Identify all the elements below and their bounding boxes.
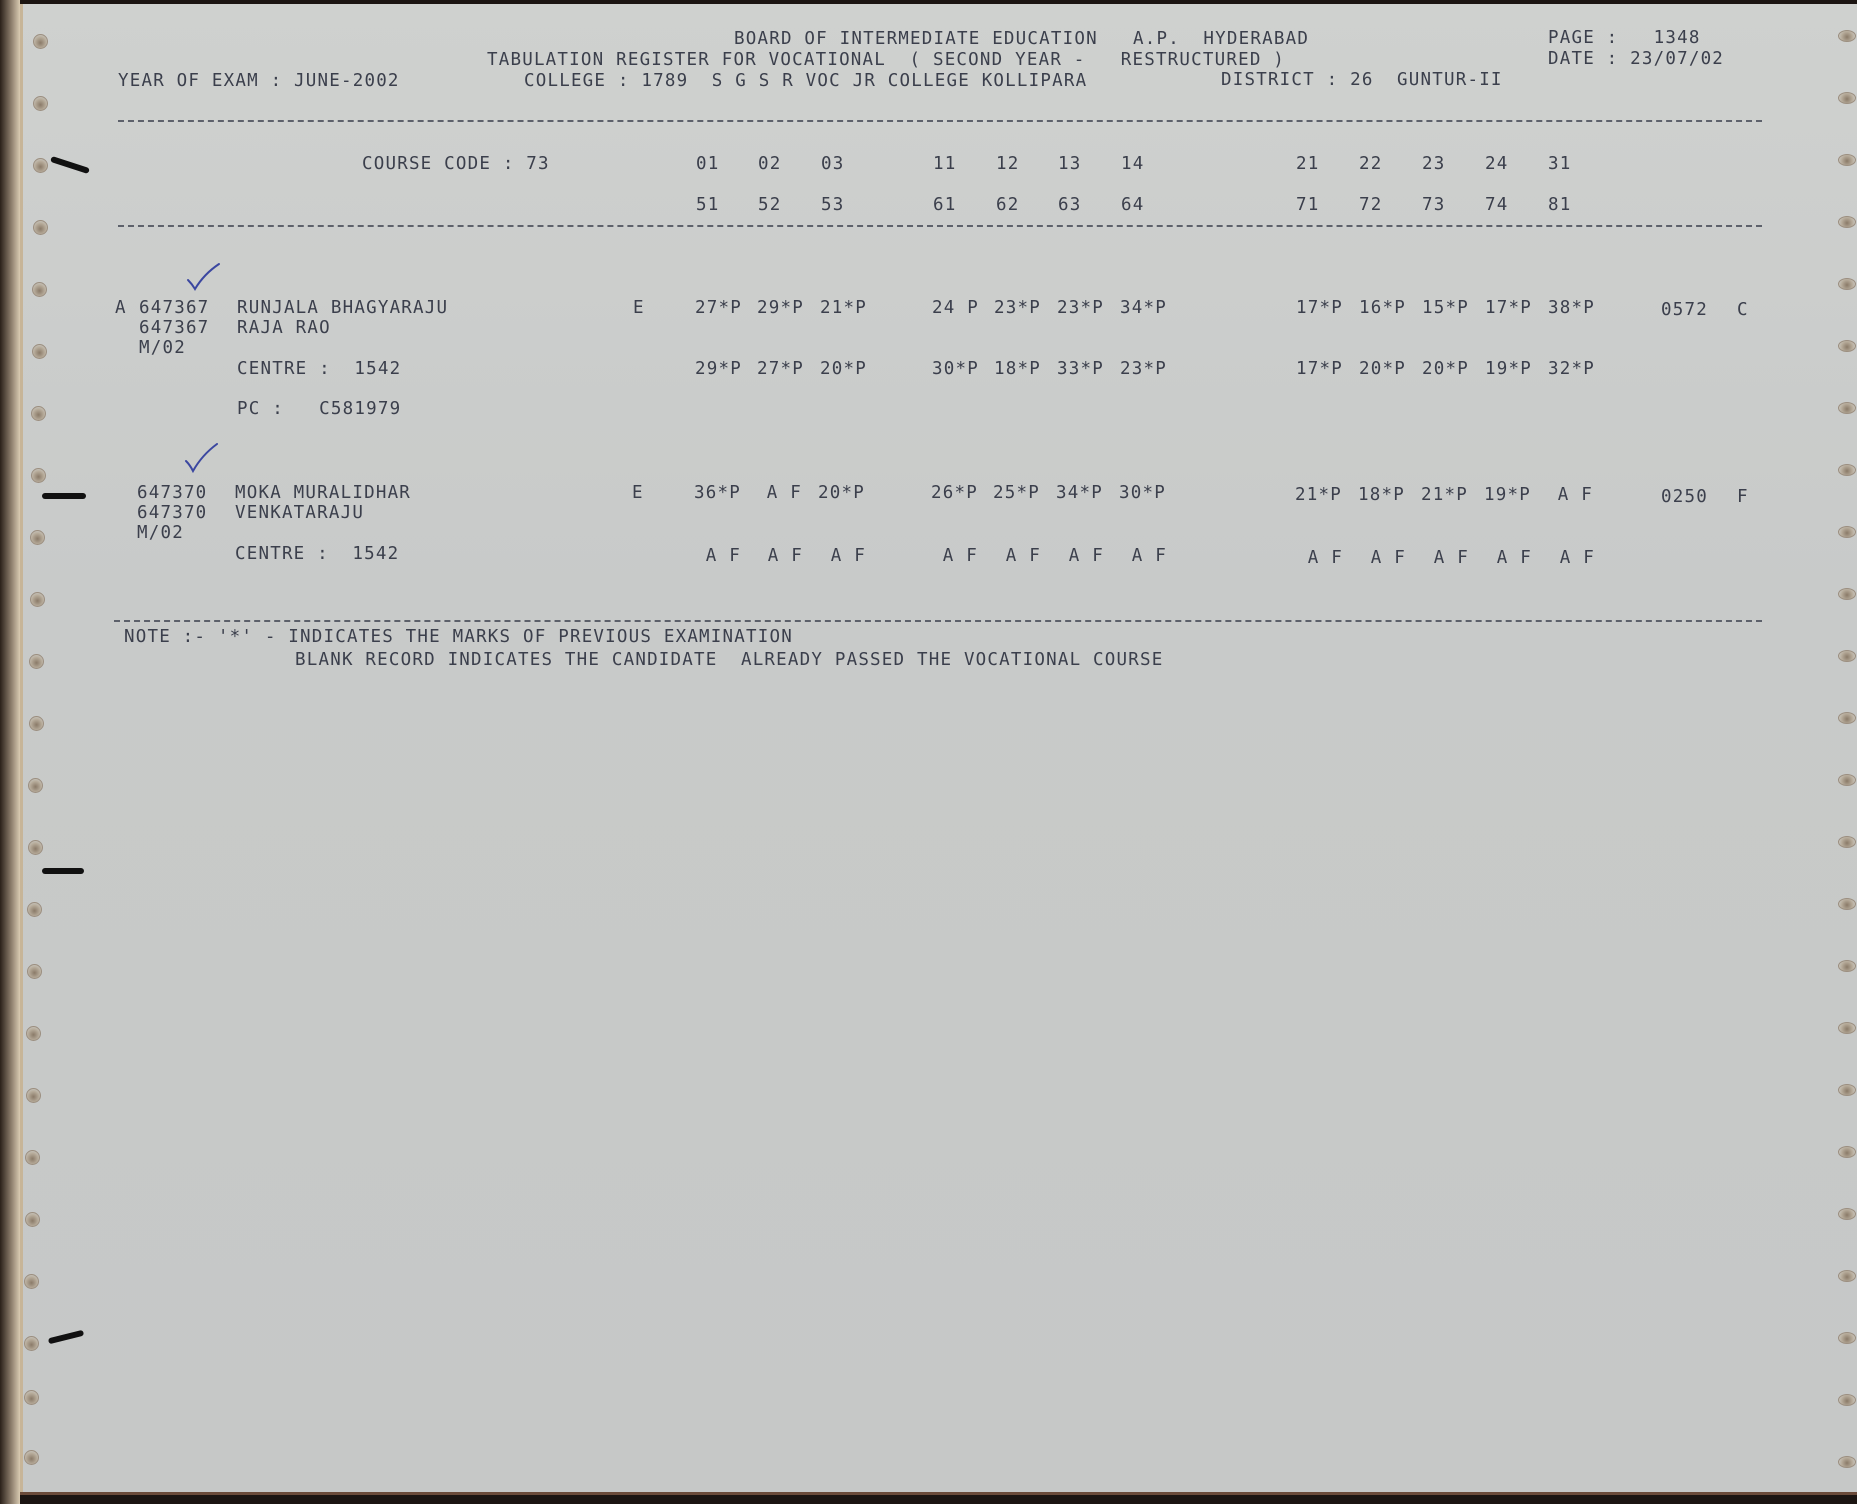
result-grade: F (1737, 487, 1749, 507)
page-margin-line (20, 4, 23, 1492)
binding-tie-icon (50, 156, 90, 174)
record-flag: A (115, 298, 127, 318)
mark: 21*P (1421, 485, 1468, 505)
tractor-hole-icon (1838, 92, 1856, 104)
binding-hole-icon (27, 902, 42, 917)
subject-code: 71 (1296, 195, 1319, 215)
binding-hole-icon (33, 220, 48, 235)
tractor-hole-icon (1838, 1394, 1856, 1406)
mark: 20*P (818, 483, 865, 503)
district-info: DISTRICT : 26 GUNTUR-II (1221, 70, 1503, 90)
board-title: BOARD OF INTERMEDIATE EDUCATION A.P. HYD… (734, 29, 1309, 49)
college-info: COLLEGE : 1789 S G S R VOC JR COLLEGE KO… (524, 71, 1087, 91)
checkmark-icon (186, 262, 222, 292)
page-number: PAGE : 1348 (1548, 28, 1701, 48)
binding-hole-icon (24, 1390, 39, 1405)
binding-hole-icon (29, 654, 44, 669)
mark: 17*P (1296, 298, 1343, 318)
student-category: M/02 (139, 338, 186, 358)
mark: A F (1546, 485, 1593, 505)
divider (118, 225, 1762, 227)
total-marks: 0250 (1661, 487, 1708, 507)
tractor-hole-icon (1838, 1456, 1856, 1468)
binding-hole-icon (33, 96, 48, 111)
binding-hole-icon (29, 716, 44, 731)
hall-ticket-number: 647370 (137, 483, 207, 503)
tractor-hole-icon (1838, 1208, 1856, 1220)
mark: A F (756, 546, 803, 566)
tractor-hole-icon (1838, 30, 1856, 42)
mark: A F (1548, 548, 1595, 568)
tractor-hole-icon (1838, 154, 1856, 166)
tractor-hole-icon (1838, 216, 1856, 228)
student-name: MOKA MURALIDHAR (235, 483, 411, 503)
mark: 21*P (820, 298, 867, 318)
mark: 20*P (1422, 359, 1469, 379)
mark: 27*P (695, 298, 742, 318)
subject-code: 02 (758, 154, 781, 174)
subject-code: 62 (996, 195, 1019, 215)
tractor-hole-icon (1838, 712, 1856, 724)
binding-hole-icon (33, 34, 48, 49)
mark: 36*P (694, 483, 741, 503)
mark: 19*P (1484, 485, 1531, 505)
tractor-hole-icon (1838, 774, 1856, 786)
subject-code: 81 (1548, 195, 1571, 215)
mark: 21*P (1295, 485, 1342, 505)
mark: A F (1359, 548, 1406, 568)
mark: 24 P (932, 298, 979, 318)
tractor-hole-icon (1838, 588, 1856, 600)
subject-code: 31 (1548, 154, 1571, 174)
binding-hole-icon (28, 840, 43, 855)
student-name: RUNJALA BHAGYARAJU (237, 298, 448, 318)
mark: 33*P (1057, 359, 1104, 379)
subject-code: 74 (1485, 195, 1508, 215)
binding-hole-icon (31, 406, 46, 421)
binding-hole-icon (30, 592, 45, 607)
binding-tie-icon (42, 868, 84, 874)
subject-code: 21 (1296, 154, 1319, 174)
subject-code: 13 (1058, 154, 1081, 174)
tractor-hole-icon (1838, 1022, 1856, 1034)
binding-hole-icon (24, 1336, 39, 1351)
mark: 20*P (820, 359, 867, 379)
tractor-hole-icon (1838, 526, 1856, 538)
tractor-hole-icon (1838, 340, 1856, 352)
course-code: COURSE CODE : 73 (362, 154, 550, 174)
mark: A F (1485, 548, 1532, 568)
divider (114, 620, 1762, 622)
mark: 29*P (695, 359, 742, 379)
binding-hole-icon (25, 1212, 40, 1227)
tractor-hole-icon (1838, 1084, 1856, 1096)
registration-number: 647370 (137, 503, 207, 523)
mark: A F (1120, 546, 1167, 566)
mark: 29*P (757, 298, 804, 318)
tractor-hole-icon (1838, 836, 1856, 848)
mark: 17*P (1296, 359, 1343, 379)
binding-hole-icon (24, 1274, 39, 1289)
binding-tie-icon (42, 493, 86, 499)
subject-code: 63 (1058, 195, 1081, 215)
binding-hole-icon (30, 530, 45, 545)
mark: 25*P (993, 483, 1040, 503)
divider (118, 120, 1762, 122)
mark: 34*P (1056, 483, 1103, 503)
mark: A F (1296, 548, 1343, 568)
binding-hole-icon (28, 778, 43, 793)
note-line-1: NOTE :- '*' - INDICATES THE MARKS OF PRE… (124, 627, 793, 647)
mark: 20*P (1359, 359, 1406, 379)
mark: 18*P (994, 359, 1041, 379)
mark: A F (819, 546, 866, 566)
mark: 19*P (1485, 359, 1532, 379)
print-date: DATE : 23/07/02 (1548, 49, 1724, 69)
subject-code: 24 (1485, 154, 1508, 174)
tractor-hole-icon (1838, 960, 1856, 972)
mark: A F (1422, 548, 1469, 568)
subject-code: 64 (1121, 195, 1144, 215)
subject-code: 22 (1359, 154, 1382, 174)
mark: A F (1057, 546, 1104, 566)
binding-hole-icon (25, 1150, 40, 1165)
printout-page (20, 4, 1857, 1495)
binding-tie-icon (48, 1330, 84, 1345)
mark: 23*P (1057, 298, 1104, 318)
binding-hole-icon (32, 282, 47, 297)
mark: 34*P (1120, 298, 1167, 318)
mark: 26*P (931, 483, 978, 503)
total-marks: 0572 (1661, 300, 1708, 320)
mark: A F (755, 483, 802, 503)
subject-code: 61 (933, 195, 956, 215)
binding-hole-icon (26, 1088, 41, 1103)
subject-code: 51 (696, 195, 719, 215)
student-category: M/02 (137, 523, 184, 543)
mark: 30*P (1119, 483, 1166, 503)
father-name: RAJA RAO (237, 318, 331, 338)
tractor-hole-icon (1838, 1332, 1856, 1344)
checkmark-icon (184, 443, 220, 473)
subject-code: 01 (696, 154, 719, 174)
mark: 15*P (1422, 298, 1469, 318)
subject-code: 03 (821, 154, 844, 174)
binding-hole-icon (33, 158, 48, 173)
mark: 16*P (1359, 298, 1406, 318)
register-title: TABULATION REGISTER FOR VOCATIONAL ( SEC… (487, 50, 1285, 70)
mark: 23*P (994, 298, 1041, 318)
mark: 30*P (932, 359, 979, 379)
tractor-hole-icon (1838, 650, 1856, 662)
mark: 17*P (1485, 298, 1532, 318)
binder-edge (0, 0, 20, 1504)
binding-hole-icon (31, 468, 46, 483)
mark: 32*P (1548, 359, 1595, 379)
subject-code: 72 (1359, 195, 1382, 215)
exam-centre: CENTRE : 1542 (235, 544, 399, 564)
year-of-exam: YEAR OF EXAM : JUNE-2002 (118, 71, 400, 91)
tractor-hole-icon (1838, 898, 1856, 910)
binding-hole-icon (27, 964, 42, 979)
mark: A F (694, 546, 741, 566)
subject-code: 73 (1422, 195, 1445, 215)
subject-code: 11 (933, 154, 956, 174)
mark: A F (994, 546, 1041, 566)
mark: 18*P (1358, 485, 1405, 505)
subject-code: 53 (821, 195, 844, 215)
mark: 27*P (757, 359, 804, 379)
mark: 38*P (1548, 298, 1595, 318)
registration-number: 647367 (139, 318, 209, 338)
tractor-hole-icon (1838, 278, 1856, 290)
binding-hole-icon (32, 344, 47, 359)
medium: E (633, 298, 645, 318)
note-line-2: BLANK RECORD INDICATES THE CANDIDATE ALR… (295, 650, 1163, 670)
tractor-hole-icon (1838, 464, 1856, 476)
exam-centre: CENTRE : 1542 (237, 359, 401, 379)
subject-code: 14 (1121, 154, 1144, 174)
pc-number: PC : C581979 (237, 399, 401, 419)
binding-hole-icon (24, 1450, 39, 1465)
father-name: VENKATARAJU (235, 503, 364, 523)
subject-code: 12 (996, 154, 1019, 174)
subject-code: 23 (1422, 154, 1445, 174)
mark: 23*P (1120, 359, 1167, 379)
tractor-hole-icon (1838, 1270, 1856, 1282)
mark: A F (931, 546, 978, 566)
subject-code: 52 (758, 195, 781, 215)
medium: E (632, 483, 644, 503)
result-grade: C (1737, 300, 1749, 320)
hall-ticket-number: 647367 (139, 298, 209, 318)
tractor-hole-icon (1838, 1146, 1856, 1158)
tractor-hole-icon (1838, 402, 1856, 414)
binding-hole-icon (26, 1026, 41, 1041)
